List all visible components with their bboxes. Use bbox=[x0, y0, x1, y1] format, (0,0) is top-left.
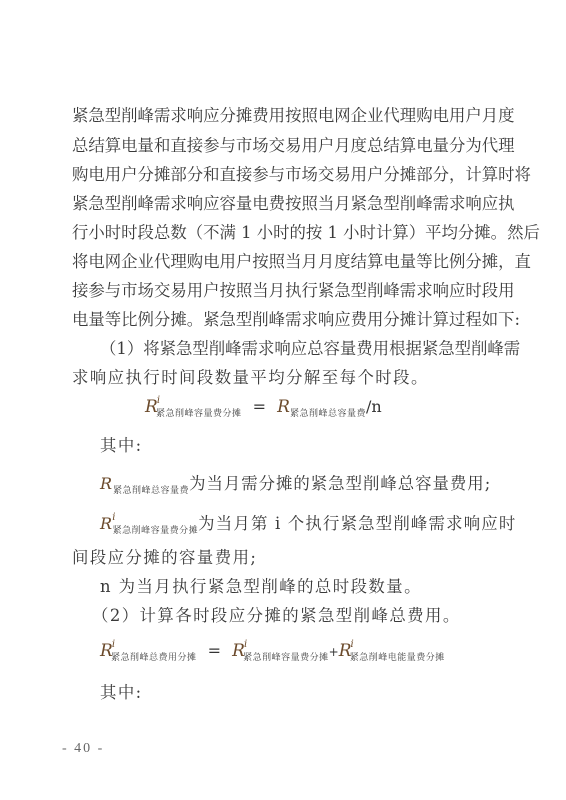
formula-symbol: R bbox=[100, 474, 113, 493]
paragraph-line: 紧急型削峰需求响应容量电费按照当月紧急型削峰需求响应执 bbox=[72, 194, 492, 214]
step-2-heading: （2）计算各时段应分摊的紧急型削峰总费用。 bbox=[92, 606, 512, 626]
formula-superscript: i bbox=[157, 395, 160, 406]
formula-subscript: 紧急削峰容量费分摊 bbox=[113, 526, 199, 536]
formula-subscript: 紧急削峰总容量费 bbox=[290, 409, 366, 419]
formula-subscript: 紧急削峰容量费分摊 bbox=[156, 409, 242, 419]
where-label: 其中: bbox=[100, 436, 520, 456]
where-label: 其中: bbox=[100, 683, 520, 703]
definition-text: 为当月第 i 个执行紧急型削峰需求响应时 bbox=[198, 514, 516, 533]
formula-total-fee-allocation: Ri紧急削峰总费用分摊 = Ri紧急削峰容量费分摊+Ri紧急削峰电能量费分摊 bbox=[100, 641, 445, 661]
paragraph-line: 总结算电量和直接参与市场交易用户月度总结算电量分为代理 bbox=[72, 136, 492, 156]
formula-superscript: i bbox=[244, 639, 247, 650]
formula-capacity-fee-allocation: Ri紧急削峰容量费分摊 = R紧急削峰总容量费/n bbox=[145, 397, 382, 417]
paragraph-line: 接参与市场交易用户按照当月执行紧急型削峰需求响应时段用 bbox=[72, 281, 492, 301]
plus-sign: + bbox=[329, 645, 339, 659]
equals-sign: = bbox=[208, 641, 221, 660]
definition-n: n 为当月执行紧急型削峰的总时段数量。 bbox=[100, 577, 520, 597]
definition-text-cont: 间段应分摊的容量费用; bbox=[72, 548, 492, 568]
formula-subscript: 紧急削峰容量费分摊 bbox=[243, 653, 329, 663]
definition-capacity-fee-allocation: Ri紧急削峰容量费分摊为当月第 i 个执行紧急型削峰需求响应时 bbox=[100, 514, 520, 537]
formula-symbol: R bbox=[277, 397, 290, 417]
formula-superscript: i bbox=[351, 639, 354, 650]
paragraph-line: 行小时时段总数（不满 1 小时的按 1 小时计算）平均分摊。然后 bbox=[72, 223, 492, 243]
document-page: 紧急型削峰需求响应分摊费用按照电网企业代理购电用户月度 总结算电量和直接参与市场… bbox=[0, 0, 566, 800]
formula-subscript: 紧急削峰电能量费分摊 bbox=[350, 653, 445, 663]
formula-superscript: i bbox=[112, 512, 116, 523]
formula-subscript: 紧急削峰总容量费 bbox=[113, 486, 189, 496]
step-1-heading-cont: 求响应执行时间段数量平均分解至每个时段。 bbox=[72, 368, 492, 388]
paragraph-line: 购电用户分摊部分和直接参与市场交易用户分摊部分，计算时将 bbox=[72, 165, 492, 185]
formula-divisor: /n bbox=[366, 397, 382, 416]
formula-subscript: 紧急削峰总费用分摊 bbox=[111, 653, 197, 663]
paragraph-line: 紧急型削峰需求响应分摊费用按照电网企业代理购电用户月度 bbox=[72, 106, 492, 126]
page-number: - 40 - bbox=[62, 741, 104, 757]
paragraph-line: 将电网企业代理购电用户按照当月月度结算电量等比例分摊，直 bbox=[72, 252, 492, 272]
formula-superscript: i bbox=[112, 639, 115, 650]
paragraph-line: 电量等比例分摊。紧急型削峰需求响应费用分摊计算过程如下: bbox=[72, 310, 492, 330]
definition-total-capacity-fee: R紧急削峰总容量费为当月需分摊的紧急型削峰总容量费用; bbox=[100, 474, 520, 497]
step-1-heading: （1）将紧急型削峰需求响应总容量费用根据紧急型削峰需 bbox=[100, 339, 492, 359]
definition-text: 为当月需分摊的紧急型削峰总容量费用; bbox=[189, 474, 491, 493]
equals-sign: = bbox=[253, 397, 266, 416]
